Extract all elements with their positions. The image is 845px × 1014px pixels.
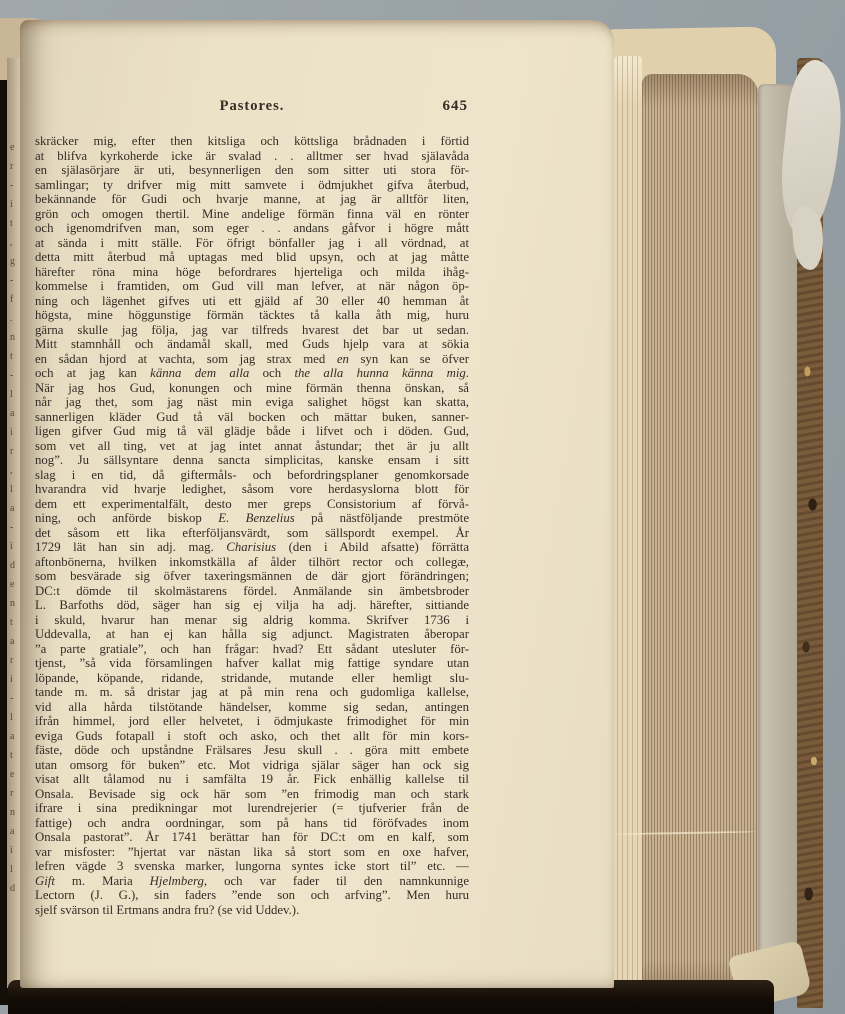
- text-line: sjelf svärson til Ertmans andra fru? (se…: [35, 903, 469, 918]
- text-line: eviga Guds fotapall i stoft och asko, oc…: [35, 729, 469, 744]
- text-line: det såsom ett lika efterföljansvärdt, so…: [35, 526, 469, 541]
- text-line: i skuld, hvarur han menar sig aldrig kom…: [35, 613, 469, 628]
- text-line: tande m. m. så dristar jag at på min ren…: [35, 685, 469, 700]
- text-line: ning, och anförde biskop E. Benzelius på…: [35, 511, 469, 526]
- text-line: ifrån himmel, jord eller helvetet, i ödm…: [35, 714, 469, 729]
- text-line: Lectorn (J. G.), sin faders ”ende son oc…: [35, 888, 469, 903]
- text-line: bekännande för Gudi och hvarje manne, at…: [35, 192, 469, 207]
- text-line: DC:t dömde til skolmästarens fördel. Anm…: [35, 584, 469, 599]
- text-line: ”a parte gratiale”, och han frågar: hvad…: [35, 642, 469, 657]
- text-line: samlingar; ty drifver mig mitt samvete i…: [35, 178, 469, 193]
- text-line: at blifva kyrkoherde icke är svalad . . …: [35, 149, 469, 164]
- text-line: fäste, döde och upståndne Frälsares Jesu…: [35, 743, 469, 758]
- text-line: skräcker mig, efter then kitsliga och kö…: [35, 134, 469, 149]
- text-line: ligen gifver Gud mig tå väl glädje både …: [35, 424, 469, 439]
- text-line: fattige) och andra oordningar, som på ha…: [35, 816, 469, 831]
- text-line: löpande, köpande, ridande, stridande, mu…: [35, 671, 469, 686]
- text-line: visat allt tålamod nu i samfälta 19 år. …: [35, 772, 469, 787]
- text-line: 1729 lät han sin adj. mag. Charisius (de…: [35, 540, 469, 555]
- text-line: L. Barfoths död, säger han sig ej vilja …: [35, 598, 469, 613]
- book-page: Pastores. 645 skräcker mig, efter then k…: [20, 20, 614, 988]
- text-line: gärna skulle jag följa, jag var tilfreds…: [35, 323, 469, 338]
- text-line: sannerligen kläder Gud tå väl bocken och…: [35, 410, 469, 425]
- body-text: skräcker mig, efter then kitsliga och kö…: [35, 134, 469, 917]
- text-line: aftonbönerna, hvilken inkomstkälla af ål…: [35, 555, 469, 570]
- text-line: grön och omogen thertil. Mine andelige f…: [35, 207, 469, 222]
- page-header: Pastores. 645: [35, 98, 469, 118]
- page-number: 645: [443, 98, 469, 115]
- text-line: högsta, mine höggunstige förmän täcktes …: [35, 308, 469, 323]
- text-line: var misfoster: ”hjertat var nästan lika …: [35, 845, 469, 860]
- text-line: dem ett experimentalfält, desto mer grep…: [35, 497, 469, 512]
- text-line: hvarandra vid hvarje ledighet, såsom vor…: [35, 482, 469, 497]
- text-line: kommelse i framtiden, om Gud vill man le…: [35, 279, 469, 294]
- text-line: som vet all ting, vet at jag intet annat…: [35, 439, 469, 454]
- text-line: När jag hos Gud, konungen och mine förmä…: [35, 381, 469, 396]
- text-line: ning och lägenhet gifves uti ett gjäld a…: [35, 294, 469, 309]
- text-line: och igenomdrifven man, som eger . . anda…: [35, 221, 469, 236]
- running-title: Pastores.: [35, 98, 469, 115]
- text-line: nog”. Ju sällsyntare denna sancta simpli…: [35, 453, 469, 468]
- fore-edge-pages-inner: [612, 56, 642, 986]
- text-line: och at jag kan känna dem alla och the al…: [35, 366, 469, 381]
- text-line: Mitt stamnhåll och ändamål skall, med Gu…: [35, 337, 469, 352]
- text-line: når jag thet, som jag näst min eviga sal…: [35, 395, 469, 410]
- text-line: slag i en tid, då giftermåls- och beford…: [35, 468, 469, 483]
- scanned-book-page: er-it,g-f.nt-lair,la-identari-laternaild…: [0, 0, 845, 1014]
- text-line: detta mitt återbud må uptagas med blid u…: [35, 250, 469, 265]
- text-line: utan omsorg för buken” etc. Mot vidriga …: [35, 758, 469, 773]
- text-line: lefren vägde 3 svenska marker, lungorna …: [35, 859, 469, 874]
- text-line: Onsala pastorat”. År 1741 berättar han f…: [35, 830, 469, 845]
- text-line: som besvärade sig öfver taxeringsmännen …: [35, 569, 469, 584]
- text-line: vid alla hårda tilstötande händelser, ko…: [35, 700, 469, 715]
- text-line: en själasörjare är uti, besynnerligen de…: [35, 163, 469, 178]
- text-line: en sådan hjord at vachta, som jag strax …: [35, 352, 469, 367]
- fore-edge-pages: [642, 74, 758, 990]
- text-line: ifrare i sina predikningar mot lurendrej…: [35, 801, 469, 816]
- text-line: tjenst, ”så vida församlingen hafver kal…: [35, 656, 469, 671]
- text-line: at sända i mitt ställe. För öfrigt bönfa…: [35, 236, 469, 251]
- text-line: Gift m. Maria Hjelmberg, och var fader t…: [35, 874, 469, 889]
- text-line: Onsala. Bevisade sig ock här som ”en fri…: [35, 787, 469, 802]
- text-line: härefter röna mina höge befordrares hjer…: [35, 265, 469, 280]
- text-line: Uddevalla, at han ej kan hålla sig adjun…: [35, 627, 469, 642]
